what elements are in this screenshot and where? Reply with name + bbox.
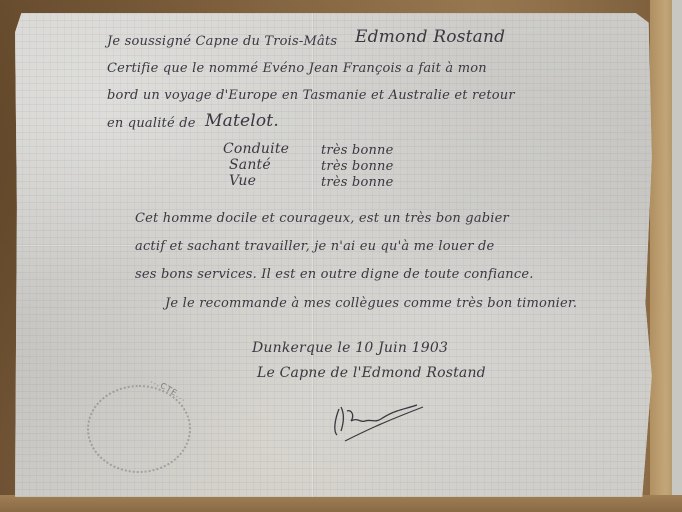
- eval-value-conduct: très bonne: [321, 143, 394, 158]
- eval-label-conduct: Conduite: [223, 141, 289, 157]
- signature: J. Rivet: [331, 401, 431, 451]
- eval-label-health: Santé: [229, 157, 271, 173]
- signatory-title: Le Capne de l'Edmond Rostand: [257, 365, 486, 381]
- stamp-text: ...CTE...: [149, 376, 188, 404]
- testimony-line-3: ses bons services. Il est en outre digne…: [135, 267, 534, 282]
- eval-value-health: très bonne: [321, 159, 394, 174]
- right-background-strip: [672, 0, 682, 512]
- wooden-background: [0, 495, 682, 512]
- ship-name: Edmond Rostand: [355, 27, 505, 47]
- testimony-line-2: actif et sachant travailler, je n'ai eu …: [135, 239, 494, 254]
- body-line-1: Certifie que le nommé Evéno Jean Françoi…: [107, 61, 487, 76]
- rank: Matelot.: [205, 111, 279, 131]
- faded-ink-stamp: ...CTE...: [87, 385, 191, 473]
- body-line-3: en qualité de: [107, 116, 196, 131]
- certificate-paper: Je soussigné Capne du Trois-Mâts Edmond …: [15, 13, 655, 497]
- testimony-line-1: Cet homme docile et courageux, est un tr…: [135, 211, 509, 226]
- body-line-2: bord un voyage d'Europe en Tasmanie et A…: [107, 88, 515, 103]
- eval-value-sight: très bonne: [321, 175, 394, 190]
- vertical-fold-crease: [312, 13, 314, 497]
- testimony-line-4: Je le recommande à mes collègues comme t…: [165, 296, 577, 311]
- header-prefix: Je soussigné Capne du Trois-Mâts: [107, 34, 337, 49]
- eval-label-sight: Vue: [229, 173, 256, 189]
- place-date: Dunkerque le 10 Juin 1903: [252, 340, 448, 356]
